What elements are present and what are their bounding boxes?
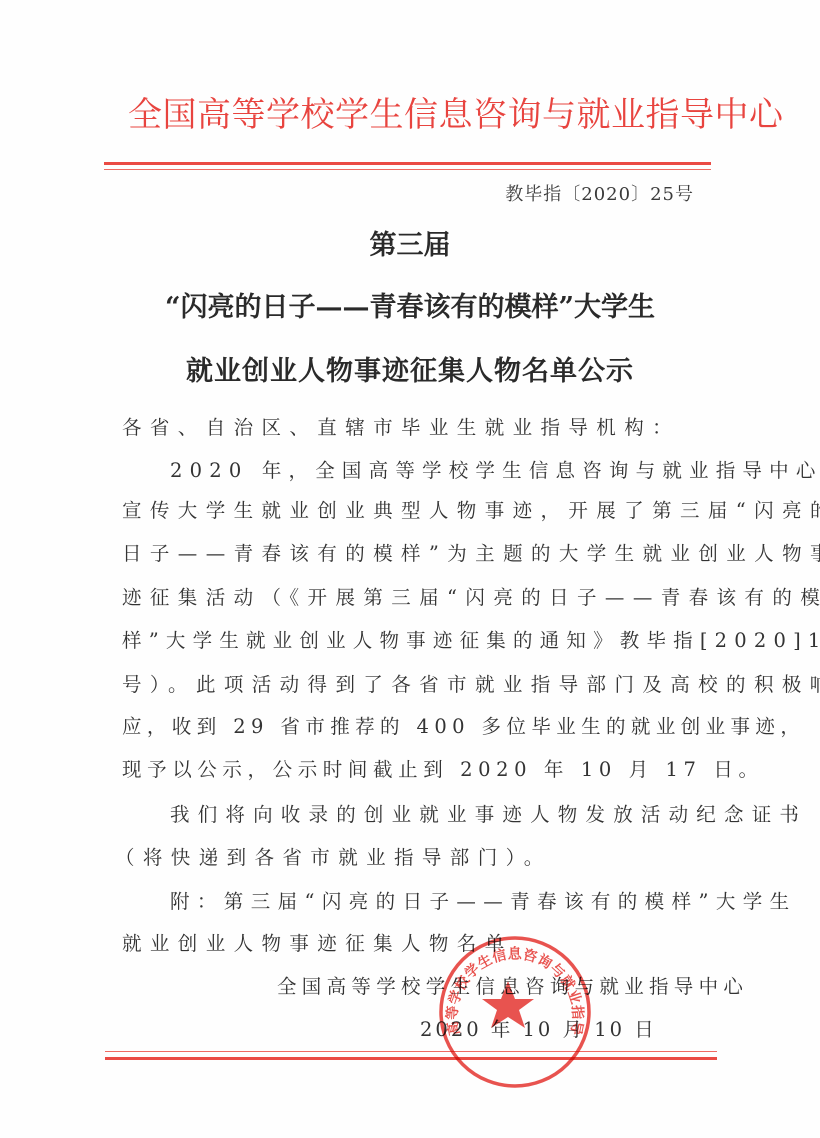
svg-text:全国高等学校学生信息咨询与就业指导中心: 全国高等学校学生信息咨询与就业指导中心 [438, 935, 586, 1037]
title-line-1: 第三届 [0, 226, 820, 266]
header-rule-thin [104, 169, 711, 171]
title-line-2: “闪亮的日子——青春该有的模样”大学生 [0, 288, 820, 328]
footer-rule-thin [105, 1051, 717, 1053]
official-seal: 全国高等学校学生信息咨询与就业指导中心 [438, 935, 592, 1089]
attachment-line: 附：第三届“闪亮的日子——青春该有的模样”大学生 [170, 888, 694, 916]
attachment-line: 就业创业人物事迹征集人物名单 [122, 930, 694, 958]
issuer-header: 全国高等学校学生信息咨询与就业指导中心 [128, 92, 708, 138]
body-line: 日子——青春该有的模样”为主题的大学生就业创业人物事 [122, 540, 694, 568]
footer-rule-thick [105, 1057, 717, 1060]
document-page: 全国高等学校学生信息咨询与就业指导中心 教毕指〔2020〕25号 第三届 “闪亮… [0, 0, 820, 1138]
body-line: 样”大学生就业创业人物事迹征集的通知》教毕指[2020]12 [122, 627, 694, 655]
title-line-3: 就业创业人物事迹征集人物名单公示 [0, 352, 820, 392]
header-rule-thick [104, 162, 711, 165]
body-line: （将快递到各省市就业指导部门）。 [115, 844, 687, 872]
body-line: 现予以公示，公示时间截止到 2020 年 10 月 17 日。 [122, 756, 694, 784]
document-number: 教毕指〔2020〕25号 [505, 183, 694, 207]
body-line: 我们将向收录的创业就业事迹人物发放活动纪念证书 [170, 801, 694, 829]
body-line: 宣传大学生就业创业典型人物事迹，开展了第三届“闪亮的 [122, 497, 694, 525]
body-line: 号）。此项活动得到了各省市就业指导部门及高校的积极响 [122, 671, 694, 699]
body-line: 2020 年，全国高等学校学生信息咨询与就业指导中心为 [170, 457, 694, 485]
body-line: 应，收到 29 省市推荐的 400 多位毕业生的就业创业事迹， [122, 713, 694, 741]
star-icon [482, 981, 534, 1028]
body-line: 迹征集活动（《开展第三届“闪亮的日子——青春该有的模 [122, 584, 694, 612]
salutation: 各省、自治区、直辖市毕业生就业指导机构： [122, 414, 694, 442]
